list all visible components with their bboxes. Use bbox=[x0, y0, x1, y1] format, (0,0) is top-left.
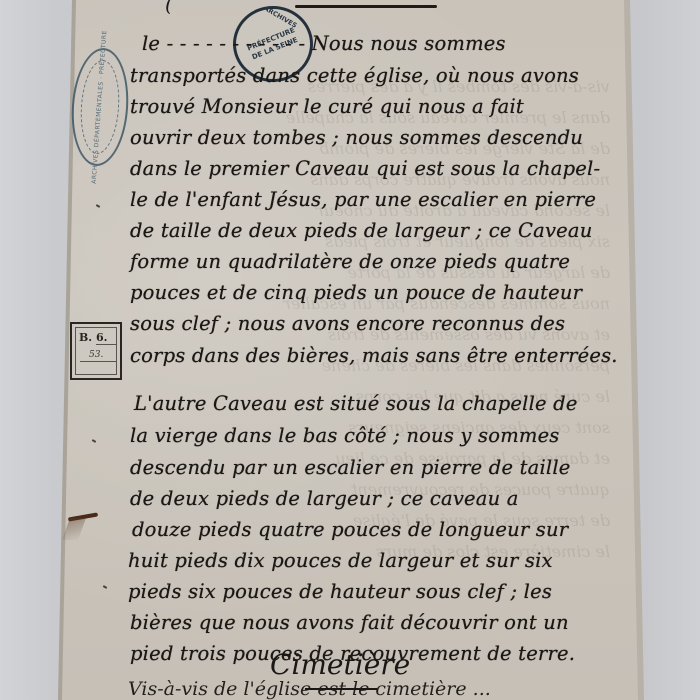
text-line: sous clef ; nous avons encore reconnus d… bbox=[130, 312, 565, 335]
text-line: le de l'enfant Jésus, par une escalier e… bbox=[130, 188, 596, 211]
text-line: le - - - - - - - - - - - Nous nous somme… bbox=[142, 32, 506, 55]
text-line: la vierge dans le bas côté ; nous y somm… bbox=[130, 424, 560, 447]
section-heading: Cimetière bbox=[270, 648, 410, 681]
text-line: de deux pieds de largeur ; ce caveau a bbox=[130, 487, 519, 510]
text-line: corps dans des bières, mais sans être en… bbox=[130, 344, 618, 367]
text-line-partial: Vis-à-vis de l'église est le cimetière .… bbox=[128, 678, 491, 700]
text-line: de taille de deux pieds de largeur ; ce … bbox=[130, 219, 593, 242]
top-fragment: ( bbox=[165, 0, 173, 16]
shelf-rule-top bbox=[96, 344, 116, 345]
text-line: pieds six pouces de hauteur sous clef ; … bbox=[128, 580, 552, 603]
text-line: ouvrir deux tombes ; nous sommes descend… bbox=[130, 126, 583, 149]
text-line: dans le premier Caveau qui est sous la c… bbox=[130, 157, 600, 180]
text-line: douze pieds quatre pouces de longueur su… bbox=[132, 518, 568, 541]
text-line: trouvé Monsieur le curé qui nous a fait bbox=[130, 95, 524, 118]
text-line: bières que nous avons fait découvrir ont… bbox=[130, 611, 569, 634]
shelf-mark-label: B. 6. 53. bbox=[70, 322, 122, 380]
text-line: transportés dans cette église, où nous a… bbox=[130, 64, 579, 87]
text-line: forme un quadrilatère de onze pieds quat… bbox=[130, 250, 570, 273]
shelf-code-top: B. 6. bbox=[79, 331, 107, 344]
top-rule bbox=[295, 5, 437, 8]
text-line: huit pieds dix pouces de largeur et sur … bbox=[128, 549, 553, 572]
text-line: L'autre Caveau est situé sous la chapell… bbox=[134, 392, 578, 415]
text-line: descendu par un escalier en pierre de ta… bbox=[130, 456, 571, 479]
shelf-code-bottom: 53. bbox=[89, 350, 103, 360]
shelf-rule-bottom bbox=[80, 361, 116, 362]
text-line: pouces et de cinq pieds un pouce de haut… bbox=[130, 281, 582, 304]
